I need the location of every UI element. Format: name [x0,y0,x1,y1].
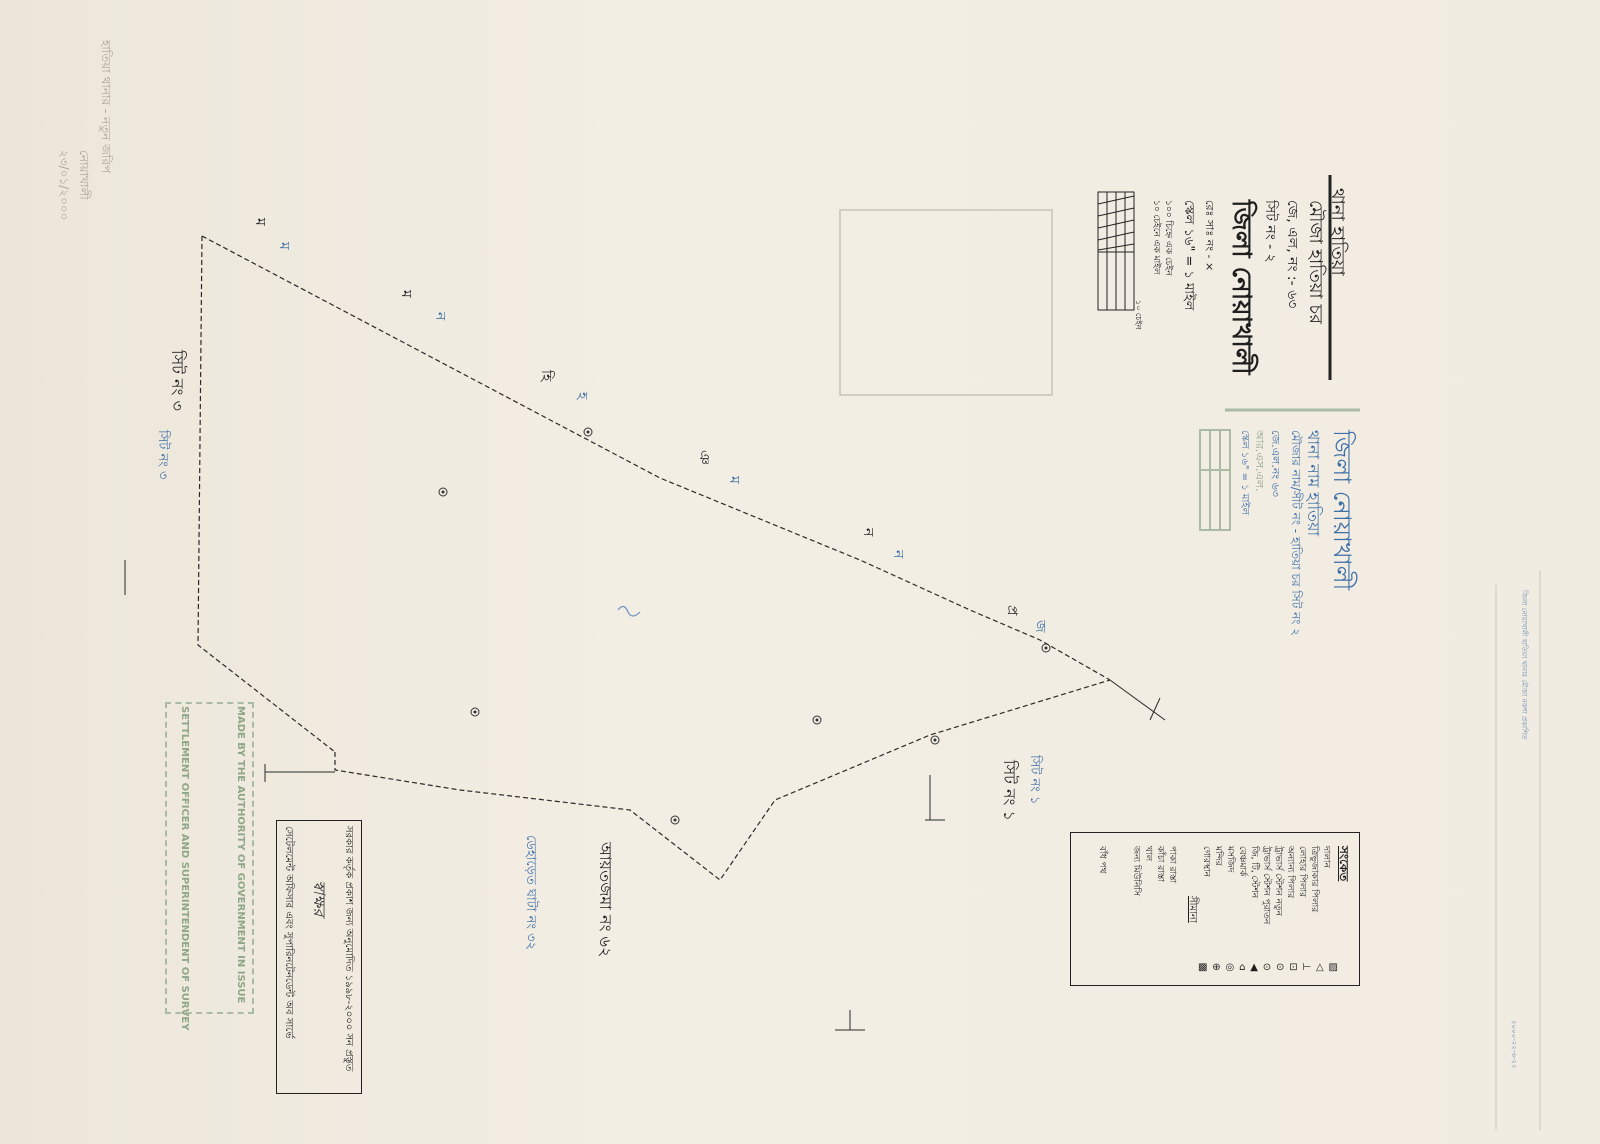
legend-subitem: জন্য মিউনিসি [1129,846,1144,896]
adjacent-sheet-left: সিট নং ৩ [163,350,190,411]
square-dot-icon: ⊡ [1289,962,1297,973]
boundary-label: ম [394,290,418,298]
legend-item: গোরস্থান [1199,846,1214,877]
hatched-rect-icon: ▨ [1329,962,1338,973]
adjacent-mouza-bottom-blue: ডেহাড়েত ঘাটা নং ৩২ [519,835,540,950]
jl-number: জে, এল, নং :- ৬৩ [1280,200,1304,308]
stamp-mouza-line: মৌজার নাম/সীট নং - হাতিয়া চর সিট নং ২ [1284,430,1304,636]
legend-title: সংকেত [1332,846,1352,881]
govt-stamp-line-1: MADE BY THE AUTHORITY OF GOVERNMENT IN I… [235,706,246,1003]
i-beam-icon: ⊢ [1302,962,1311,973]
boundary-label-blue: হ [570,392,594,399]
scale-label: স্কেল ১৬" = ১ মাইল [1177,200,1198,311]
survey-number: রেঃ সাঃ নং - × [1199,200,1218,271]
signature: স্বাক্ষর [305,880,332,916]
triangle-icon: △ [1316,962,1324,973]
boundary-label: প্র [1000,605,1024,615]
legend-subitem: বাঁধ পথ [1095,846,1110,873]
boundary-label-blue: ন [886,550,910,558]
circle-dot-small-icon: ⊙ [1263,962,1271,973]
boundary-label: ঞ [692,450,716,465]
bench-icon: ⌂ [1239,962,1245,973]
target-icon: ◎ [1226,962,1235,973]
margin-note-2: ২০০০-২২-৬-২২ [1508,1020,1520,1069]
pencil-note-line-2: নোয়াখালী [72,150,92,200]
scale-note-2: ১০ চেইনে এক মাইল [1149,200,1164,275]
scale-bar [1098,192,1134,310]
boundary-label: হি [534,370,558,381]
margin-note-1: জিলা নোয়াখালী হাতিয়া থানার মৌজা নকশা প… [1518,590,1530,739]
triangle-filled-icon: ▲ [1250,962,1258,973]
certificate-line-2: সেটেলমেন্ট অফিসার এবং সুপারিনটেনডেন্ট অব… [279,826,296,1039]
legend-symbols: ▨ △ ⊢ ⊡ ⊙ ⊙ ▲ ⌂ ◎ ⊕ ▩ [1198,962,1338,973]
boundary-label-blue: ম [722,476,746,484]
district-label: জিলা নোয়াখালী [1218,200,1262,375]
boundary-label-blue: ম [272,242,296,250]
stamp-scale-line: স্কেল ১৬" = ১ মাইল [1235,430,1252,515]
circle-dot-icon: ⊙ [1276,962,1284,973]
hatched-box-icon: ▩ [1198,962,1207,973]
legend-subtitle: সীমানা [1183,896,1200,923]
adjacent-sheet-right: সিট নং ১ [995,760,1022,821]
certificate-line-1: সরকার কর্তৃক প্রকাশ জন্য অনুমোদিত ১৯৯৮-২… [339,826,356,1071]
pencil-note-line-3: ২৩/০১/২০০০ [52,150,72,221]
boundary-label: ম [248,218,272,226]
pencil-note-line-1: হাতিয়া থানার - নতুন জরিপ [94,40,114,173]
stamp-district: জিলা নোয়াখালী [1320,430,1360,590]
boundary-label: ন [856,528,880,536]
adjacent-mouza-bottom: আয়তজমা নং ৬২ [591,842,618,957]
boundary-label-blue: জ [1028,620,1052,633]
govt-stamp-line-2: SETTLEMENT OFFICER AND SUPERINTENDENT OF… [179,706,190,1030]
adjacent-sheet-left-blue: সিট নং ৩ [151,430,172,479]
boundary-label-blue: ন [428,312,452,320]
map-sheet: থানা হাতিয়া মৌজা হাতিয়া চর জে, এল, নং … [0,0,1600,1144]
adjacent-sheet-right-blue: সিট নং ১ [1023,755,1044,804]
cross-circle-icon: ⊕ [1212,962,1220,973]
